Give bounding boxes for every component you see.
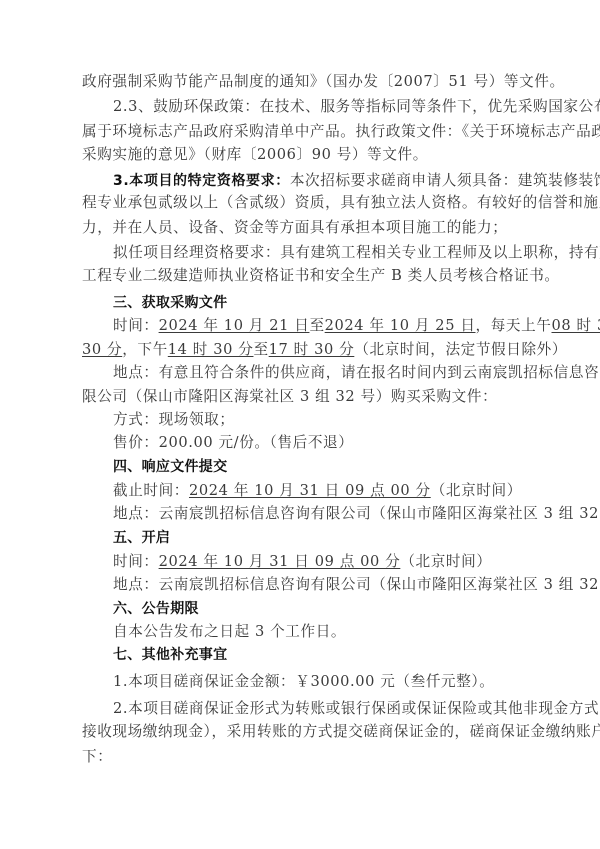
pm-end-time: 17 时 30 分 <box>269 341 355 358</box>
submission-deadline: 截止时间：2024 年 10 月 31 日 09 点 00 分（北京时间） <box>113 480 523 502</box>
to-text: 至 <box>253 341 268 358</box>
deadline-note: （北京时间） <box>431 482 522 499</box>
opening-time-note: （北京时间） <box>400 553 491 570</box>
policy-paragraph-end: 政府强制采购节能产品制度的通知》（国办发〔2007〕51 号）等文件。 <box>82 71 522 93</box>
qualification-text: 本次招标要求磋商申请人须具备：建筑装修装饰工 <box>290 172 600 189</box>
obtain-method: 方式：现场领取； <box>113 409 523 431</box>
notice-period-text: 自本公告发布之日起 3 个工作日。 <box>113 621 523 643</box>
deadline-label: 截止时间： <box>113 482 189 499</box>
qualification-line-3: 力，并在人员、设备、资金等方面具有承担本项目施工的能力； <box>82 217 522 239</box>
to-text: 至 <box>309 317 324 334</box>
section-heading-notice-period: 六、公告期限 <box>113 598 523 620</box>
daily-text: ，每天上午 <box>476 317 552 334</box>
env-policy-line-2: 属于环境标志产品政府采购清单中产品。执行政策文件：《关于环境标志产品政府 <box>82 121 522 143</box>
opening-place: 地点：云南宸凯招标信息咨询有限公司（保山市隆阳区海棠社区 3 组 32 号） <box>113 574 523 596</box>
section-heading-opening: 五、开启 <box>113 527 523 549</box>
submission-place: 地点：云南宸凯招标信息咨询有限公司（保山市隆阳区海棠社区 3 组 32 号） <box>113 503 523 525</box>
time-label: 时间： <box>113 317 159 334</box>
document-page: 政府强制采购节能产品制度的通知》（国办发〔2007〕51 号）等文件。 2.3、… <box>0 0 600 849</box>
pm-requirement-line-2: 工程专业二级建造师执业资格证书和安全生产 B 类人员考核合格证书。 <box>82 265 522 287</box>
document-price: 售价：200.00 元/份。（售后不退） <box>113 432 523 454</box>
qualification-line-1: 3.本项目的特定资格要求：本次招标要求磋商申请人须具备：建筑装修装饰工 <box>113 170 523 192</box>
obtain-place-line-2: 限公司（保山市隆阳区海棠社区 3 组 32 号）购买采购文件： <box>82 386 522 408</box>
deposit-amount: 1.本项目磋商保证金金额：￥3000.00 元（叁仟元整）。 <box>113 671 523 693</box>
env-policy-line-1: 2.3、鼓励环保政策：在技术、服务等指标同等条件下，优先采购国家公布的 <box>113 96 523 118</box>
section-heading-submission: 四、响应文件提交 <box>113 456 523 478</box>
time-note: （北京时间，法定节假日除外） <box>354 341 567 358</box>
am-end-time-part2: 30 分 <box>82 341 122 358</box>
start-date: 2024 年 10 月 21 日 <box>159 317 310 334</box>
end-date: 2024 年 10 月 25 日 <box>325 317 476 334</box>
opening-time-label: 时间： <box>113 553 159 570</box>
env-policy-line-3: 采购实施的意见》（财库〔2006〕90 号）等文件。 <box>82 144 522 166</box>
deposit-form-line-2: 接收现场缴纳现金），采用转账的方式提交磋商保证金的，磋商保证金缴纳账户如 <box>82 721 522 743</box>
pm-label: ，下午 <box>122 341 168 358</box>
deadline-value: 2024 年 10 月 31 日 09 点 00 分 <box>189 482 431 499</box>
pm-start-time: 14 时 30 分 <box>168 341 254 358</box>
obtain-time-line-1: 时间：2024 年 10 月 21 日至2024 年 10 月 25 日，每天上… <box>113 315 523 337</box>
opening-time-value: 2024 年 10 月 31 日 09 点 00 分 <box>159 553 401 570</box>
deposit-form-line-3: 下： <box>82 746 522 768</box>
obtain-place-line-1: 地点：有意且符合条件的供应商，请在报名时间内到云南宸凯招标信息咨询有 <box>113 362 523 384</box>
am-start-time: 08 时 30 分 <box>552 317 600 334</box>
deposit-form-line-1: 2.本项目磋商保证金形式为转账或银行保函或保证保险或其他非现金方式（不 <box>113 698 523 720</box>
opening-time: 时间：2024 年 10 月 31 日 09 点 00 分（北京时间） <box>113 551 523 573</box>
section-heading-other-matters: 七、其他补充事宜 <box>113 644 523 666</box>
qualification-label: 3.本项目的特定资格要求： <box>113 173 290 189</box>
qualification-line-2: 程专业承包贰级以上（含贰级）资质，具有独立法人资格。有较好的信誉和施工能 <box>82 192 522 214</box>
section-heading-obtain-documents: 三、获取采购文件 <box>113 292 523 314</box>
pm-requirement-line-1: 拟任项目经理资格要求：具有建筑工程相关专业工程师及以上职称，持有建筑 <box>113 242 523 264</box>
obtain-time-line-2: 30 分，下午14 时 30 分至17 时 30 分（北京时间，法定节假日除外） <box>82 339 522 361</box>
